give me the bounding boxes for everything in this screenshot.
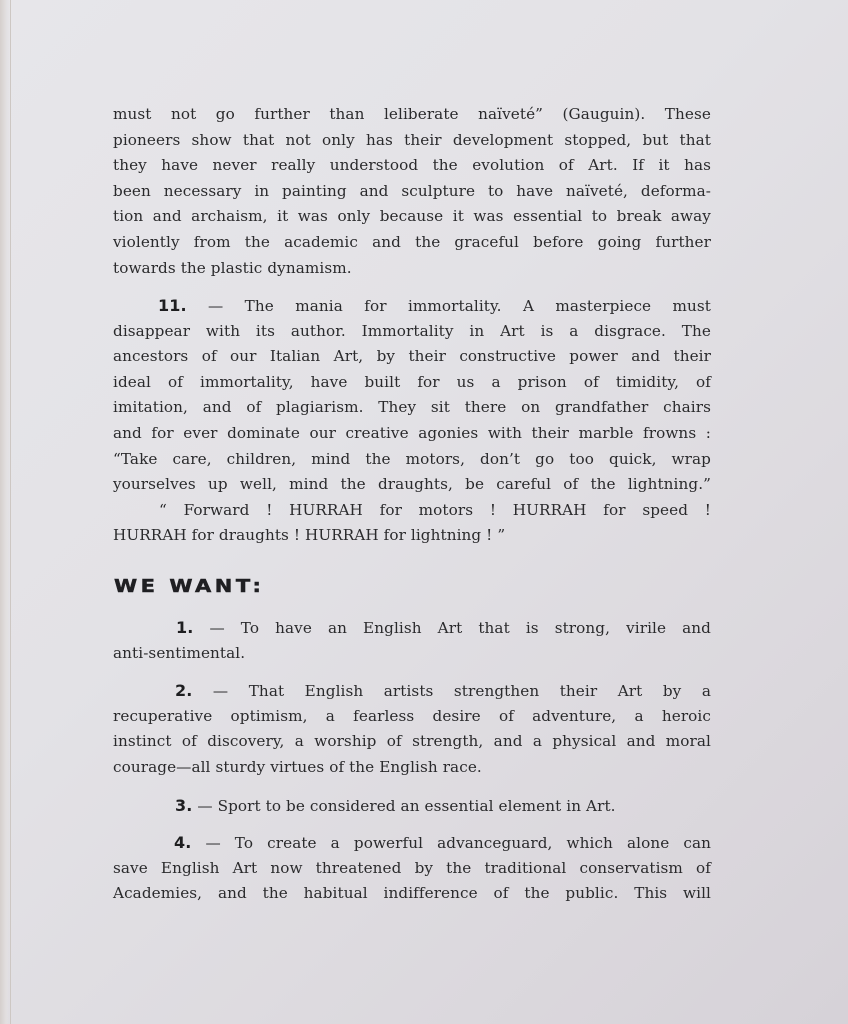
text-segment: — To create a powerful advanceguard, whi… [205, 834, 711, 852]
item-11-paragraph: 11. — The mania for immortality. A maste… [113, 293, 711, 549]
text-line: disappear with its author. Immortality i… [113, 319, 711, 345]
text-line: ancestors of our Italian Art, by their c… [113, 344, 711, 370]
text-line: been necessary in painting and sculpture… [113, 179, 711, 205]
want-item-1: 1. — To have an English Art that is stro… [113, 615, 711, 666]
text-line: save English Art now threatened by the t… [113, 856, 711, 882]
text-line: towards the plastic dynamism. [113, 256, 711, 282]
text-line: pioneers show that not only has their de… [113, 128, 711, 154]
quote-line: HURRAH for draughts ! HURRAH for lightni… [113, 523, 711, 549]
want-2-first-line: 2. — That English artists strengthen the… [113, 678, 711, 704]
text-line: instinct of discovery, a worship of stre… [113, 729, 711, 755]
text-line: anti-sentimental. [113, 641, 711, 667]
text-line: “Take care, children, mind the motors, d… [113, 447, 711, 473]
text-line: ideal of immortality, have built for us … [113, 370, 711, 396]
item-11-first-line: 11. — The mania for immortality. A maste… [113, 293, 711, 319]
want-item-2: 2. — That English artists strengthen the… [113, 678, 711, 780]
text-line: imitation, and of plagiarism. They sit t… [113, 395, 711, 421]
continued-paragraph: must not go further than leliberate naïv… [113, 102, 711, 281]
text-line: and for ever dominate our creative agoni… [113, 421, 711, 447]
text-segment: — To have an English Art that is strong,… [209, 619, 711, 637]
text-line: tion and archaism, it was only because i… [113, 204, 711, 230]
text-line: must not go further than leliberate naïv… [113, 102, 711, 128]
want-4-first-line: 4. — To create a powerful advanceguard, … [113, 830, 711, 856]
text-line: yourselves up well, mind the draughts, b… [113, 472, 711, 498]
item-number: 2. [175, 681, 192, 700]
text-line: Academies, and the habitual indifference… [113, 881, 711, 907]
want-item-4: 4. — To create a powerful advanceguard, … [113, 830, 711, 907]
item-number: 11. [158, 296, 187, 315]
page-binding-edge [0, 0, 11, 1024]
text-segment: — Sport to be considered an essential el… [197, 797, 615, 815]
quote-line: “ Forward ! HURRAH for motors ! HURRAH f… [113, 498, 711, 524]
text-line: they have never really understood the ev… [113, 153, 711, 179]
text-line: violently from the academic and the grac… [113, 230, 711, 256]
item-number: 1. [176, 618, 193, 637]
want-1-first-line: 1. — To have an English Art that is stro… [113, 615, 711, 641]
want-item-3: 3. — Sport to be considered an essential… [113, 793, 711, 819]
item-number: 3. [175, 796, 192, 815]
want-3-first-line: 3. — Sport to be considered an essential… [113, 793, 711, 819]
text-segment: — That English artists strengthen their … [213, 682, 711, 700]
item-number: 4. [174, 833, 191, 852]
we-want-heading: WE WANT: [114, 576, 264, 596]
text-line: courage—all sturdy virtues of the Englis… [113, 755, 711, 781]
text-segment: — The mania for immortality. A masterpie… [208, 297, 711, 315]
text-line: recuperative optimism, a fearless desire… [113, 704, 711, 730]
